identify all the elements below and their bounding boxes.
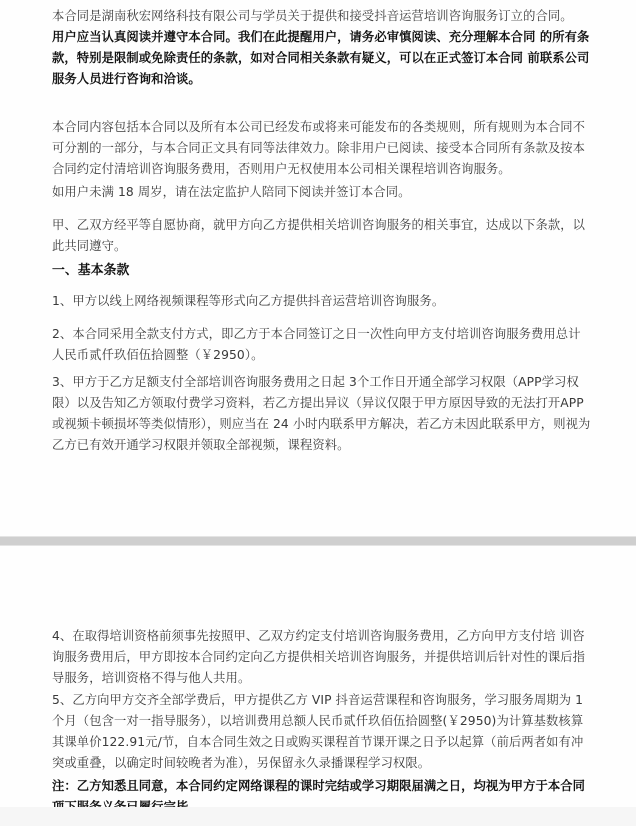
clause-3: 3、甲方于乙方足额支付全部培训咨询服务费用之日起 3个工作日开通全部学习权限（A… [52, 372, 592, 456]
clause-2: 2、本合同采用全款支付方式，即乙方于本合同签订之日一次性向甲方支付培训咨询服务费… [52, 324, 592, 366]
document-page-1: 本合同是湖南秋宏网络科技有限公司与学员关于提供和接受抖音运营培训咨询服务订立的合… [0, 0, 636, 536]
minor-notice: 如用户未满 18 周岁，请在法定监护人陪同下阅读并签订本合同。 [52, 182, 592, 203]
bottom-page-edge [0, 807, 636, 826]
section-heading: 一、基本条款 [52, 260, 592, 281]
intro-bold-notice: 用户应当认真阅读并遵守本合同。我们在此提醒用户，请务必审慎阅读、充分理解本合同 … [52, 27, 592, 90]
clause-4: 4、在取得培训资格前须事先按照甲、乙双方约定支付培训咨询服务费用，乙方向甲方支付… [52, 626, 592, 689]
clause-1: 1、甲方以线上网络视频课程等形式向乙方提供抖音运营培训咨询服务。 [52, 291, 592, 312]
scope-paragraph: 本合同内容包括本合同以及所有本公司已经发布或将来可能发布的各类规则，所有规则为本… [52, 117, 592, 180]
intro-line: 本合同是湖南秋宏网络科技有限公司与学员关于提供和接受抖音运营培训咨询服务订立的合… [52, 6, 592, 27]
agreement-paragraph: 甲、乙双方经平等自愿协商，就甲方向乙方提供相关培训咨询服务的相关事宜，达成以下条… [52, 215, 592, 257]
clause-5: 5、乙方向甲方交齐全部学费后，甲方提供乙方 VIP 抖音运营课程和咨询服务，学习… [52, 690, 592, 774]
document-page-2: 4、在取得培训资格前须事先按照甲、乙双方约定支付培训咨询服务费用，乙方向甲方支付… [0, 546, 636, 807]
note-paragraph: 注：乙方知悉且同意，本合同约定网络课程的课时完结或学习期限届满之日，均视为甲方于… [52, 776, 592, 807]
page-divider [0, 536, 636, 546]
